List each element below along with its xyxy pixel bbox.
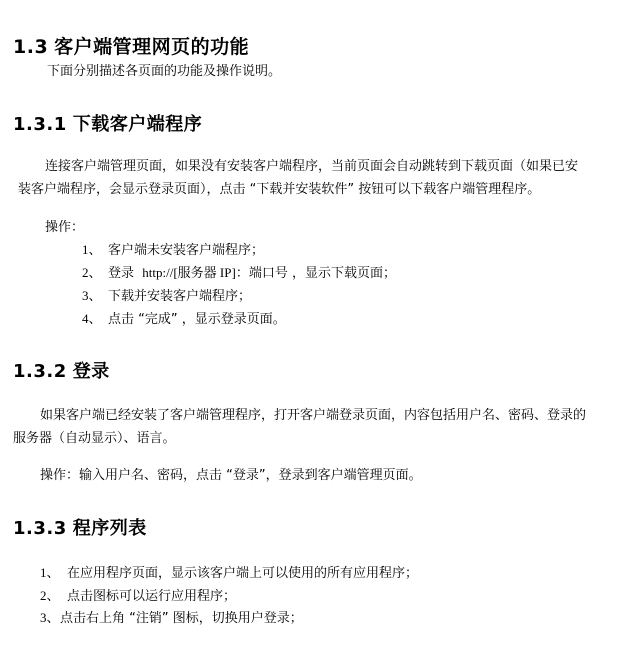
section-number: 1.3: [13, 36, 48, 58]
list-text-prefix: 登录: [108, 266, 134, 281]
section-title: 客户端管理网页的功能: [54, 36, 249, 58]
login-paragraph-line-1: 如果客户端已经安装了客户端管理程序，打开客户端登录页面，内容包括用户名、密码、登…: [40, 408, 586, 424]
list-item: 4、点击 “完成” ，显示登录页面。: [82, 311, 286, 328]
subsection-title: 下载客户端程序: [73, 114, 203, 135]
list-number: 2、: [82, 265, 108, 281]
list-text: 点击 “完成” ，显示登录页面。: [108, 312, 286, 327]
section-intro: 下面分别描述各页面的功能及操作说明。: [47, 64, 281, 80]
operations-label: 操作：: [45, 220, 84, 236]
list-item: 1、在应用程序页面，显示该客户端上可以使用的所有应用程序；: [40, 565, 418, 582]
list-text: 下载并安装客户端程序；: [108, 289, 251, 304]
download-paragraph-line-2: 装客户端程序，会显示登录页面），点击 “下载并安装软件” 按钮可以下载客户端管理…: [18, 182, 540, 198]
list-text: 在应用程序页面，显示该客户端上可以使用的所有应用程序；: [67, 566, 418, 581]
list-number: 2、: [40, 588, 67, 604]
list-text-suffix: ：端口号 ，显示下载页面；: [236, 266, 396, 281]
subsection-number: 1.3.1: [13, 114, 67, 135]
list-number: 3、: [40, 610, 60, 626]
subsection-number: 1.3.3: [13, 518, 67, 539]
login-operations: 操作：输入用户名、密码，点击 “登录”，登录到客户端管理页面。: [40, 468, 422, 484]
list-text: 点击图标可以运行应用程序；: [67, 589, 236, 604]
login-paragraph-line-2: 服务器（自动显示）、语言。: [13, 431, 176, 447]
list-number: 4、: [82, 311, 108, 327]
subsection-title: 程序列表: [73, 518, 147, 539]
subsection-heading-login: 1.3.2登录: [13, 357, 110, 383]
list-text: 点击右上角 “注销” 图标，切换用户登录；: [60, 611, 303, 626]
section-heading: 1.3客户端管理网页的功能: [13, 32, 249, 59]
subsection-heading-program-list: 1.3.3程序列表: [13, 514, 147, 540]
list-item: 1、客户端未安装客户端程序；: [82, 242, 264, 259]
list-number: 1、: [40, 565, 67, 581]
download-paragraph-line-1: 连接客户端管理页面，如果没有安装客户端程序，当前页面会自动跳转到下载页面（如果已…: [45, 159, 578, 175]
subsection-heading-download: 1.3.1下载客户端程序: [13, 110, 202, 136]
subsection-title: 登录: [73, 361, 110, 382]
list-item: 3、下载并安装客户端程序；: [82, 288, 251, 305]
server-url: http://[服务器 IP]: [142, 265, 236, 280]
list-number: 1、: [82, 242, 108, 258]
list-item: 2、点击图标可以运行应用程序；: [40, 588, 236, 605]
subsection-number: 1.3.2: [13, 361, 67, 382]
list-item: 2、登录 http://[服务器 IP]：端口号 ，显示下载页面；: [82, 265, 396, 282]
list-text: 客户端未安装客户端程序；: [108, 243, 264, 258]
list-item: 3、点击右上角 “注销” 图标，切换用户登录；: [40, 610, 303, 627]
list-number: 3、: [82, 288, 108, 304]
